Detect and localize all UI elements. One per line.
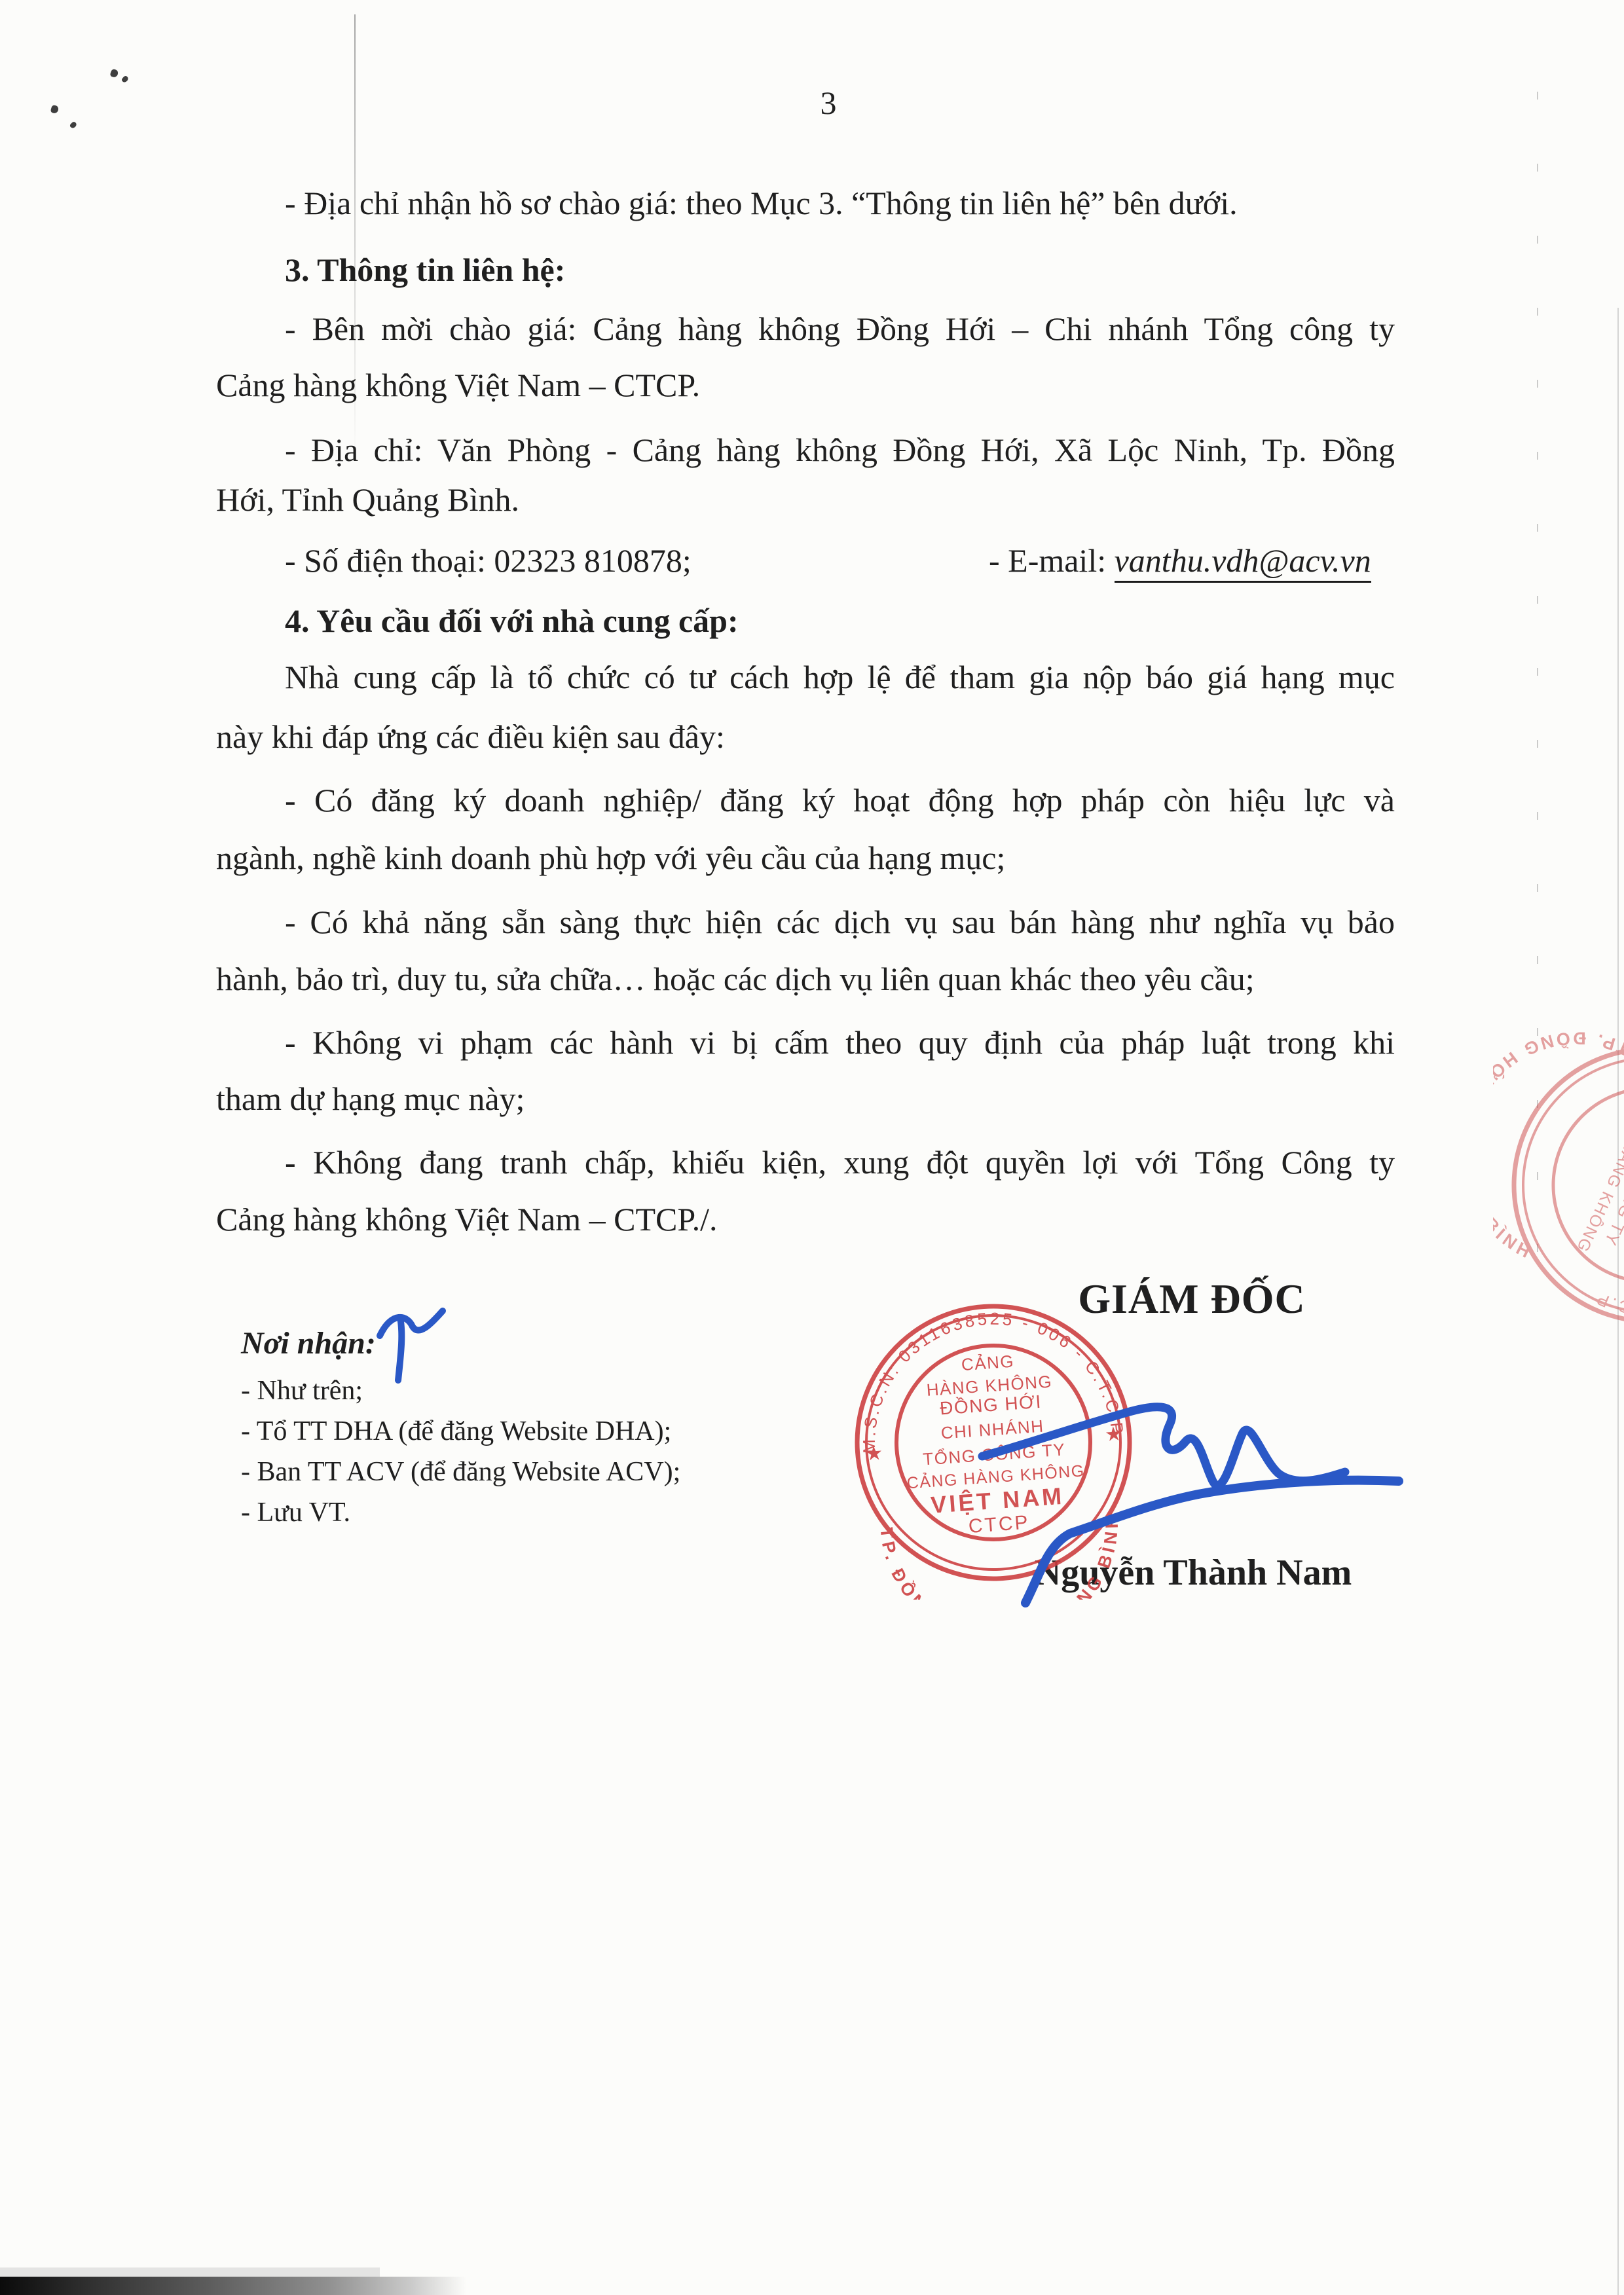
- scan-smear: [0, 2267, 380, 2277]
- body-line: ngành, nghề kinh doanh phù hợp với yêu c…: [216, 835, 1395, 881]
- body-line: - Bên mời chào giá: Cảng hàng không Đồng…: [216, 306, 1395, 352]
- contact-row: - Số điện thoại: 02323 810878; - E-mail:…: [216, 538, 1395, 583]
- body-line: Nhà cung cấp là tổ chức có tư cách hợp l…: [216, 654, 1395, 700]
- scan-dashed-line: [1537, 92, 1538, 1303]
- scan-speck: [69, 121, 78, 130]
- recipient-item: - Tổ TT DHA (để đăng Website DHA);: [241, 1413, 671, 1450]
- svg-text:TP. ĐỒNG HỚI - T. QUẢNG BÌNH: TP. ĐỒNG HỚI - T. QUẢNG BÌNH: [1493, 1028, 1624, 1264]
- scan-speck: [121, 75, 130, 84]
- partial-seal-arc-bottom: TP. ĐỒNG HỚI - T. QUẢNG BÌNH: [1493, 1028, 1624, 1264]
- partial-seal-right-edge: M.S.C.N: 0311638525 - 006 - C.T.C.P TP. …: [1493, 1028, 1624, 1342]
- body-line: - Không vi phạm các hành vi bị cấm theo …: [216, 1019, 1395, 1065]
- seal-line: CẢNG: [961, 1351, 1015, 1375]
- svg-text:M.S.C.N: 0311638525 - 006 - C.: M.S.C.N: 0311638525 - 006 - C.T.C.P: [1591, 1062, 1624, 1342]
- body-line: - Không đang tranh chấp, khiếu kiện, xun…: [216, 1139, 1395, 1185]
- signer-title: GIÁM ĐỐC: [1022, 1278, 1362, 1320]
- seal-inner-ring: [890, 1339, 1097, 1546]
- partial-seal-line: TỔNG CÔNG TY: [1600, 1111, 1624, 1249]
- page-number: 3: [805, 84, 851, 122]
- partial-seal-arc-top: M.S.C.N: 0311638525 - 006 - C.T.C.P: [1591, 1062, 1624, 1342]
- body-line: - Địa chỉ nhận hồ sơ chào giá: theo Mục …: [216, 180, 1464, 226]
- body-line: tham dự hạng mục này;: [216, 1076, 1395, 1122]
- recipients-heading: Nơi nhận:: [241, 1328, 376, 1359]
- body-line: Cảng hàng không Việt Nam – CTCP.: [216, 362, 1395, 408]
- seal-line: CHI NHÁNH: [940, 1416, 1045, 1443]
- recipient-item: - Ban TT ACV (để đăng Website ACV);: [241, 1454, 680, 1490]
- body-line: - Địa chỉ: Văn Phòng - Cảng hàng không Đ…: [216, 427, 1395, 473]
- seal-star-left: ★: [864, 1442, 883, 1465]
- body-line: Cảng hàng không Việt Nam – CTCP./.: [216, 1196, 1395, 1242]
- svg-text:M.S.C.N: 0311638525 - 006 - C.: M.S.C.N: 0311638525 - 006 - C.T.C.P: [850, 1300, 1128, 1455]
- seal-line: HÀNG KHÔNG: [926, 1372, 1053, 1400]
- signer-name: Nguyễn Thành Nam: [956, 1553, 1430, 1594]
- seal-line: CTCP: [968, 1511, 1031, 1537]
- scan-shadow-bar: [0, 2277, 466, 2295]
- body-line: này khi đáp ứng các điều kiện sau đây:: [216, 714, 1395, 760]
- partial-seal-line: CẢNG HÀNG KHÔNG: [1573, 1086, 1624, 1256]
- section-heading-3: 3. Thông tin liên hệ:: [216, 247, 1464, 293]
- seal-second-ring: [858, 1307, 1129, 1578]
- scan-speck: [50, 105, 60, 114]
- seal-line: TỔNG CÔNG TY: [922, 1439, 1066, 1469]
- phone-number: - Số điện thoại: 02323 810878;: [285, 538, 692, 583]
- body-line: hành, bảo trì, duy tu, sửa chữa… hoặc cá…: [216, 956, 1395, 1002]
- scanned-document-page: 3 - Địa chỉ nhận hồ sơ chào giá: theo Mụ…: [0, 0, 1624, 2295]
- section-heading-4: 4. Yêu cầu đối với nhà cung cấp:: [216, 598, 1464, 644]
- signature-stroke-main: [982, 1407, 1345, 1486]
- page-edge-line: [1617, 308, 1619, 2295]
- scan-speck: [109, 68, 119, 78]
- body-line: - Có khả năng sẵn sàng thực hiện các dịc…: [216, 899, 1395, 945]
- seal-outer-ring: [848, 1297, 1139, 1588]
- seal-line: ĐỒNG HỚI: [939, 1391, 1043, 1419]
- email-address: vanthu.vdh@acv.vn: [1115, 542, 1371, 583]
- handwritten-initial-tick: [380, 1311, 443, 1380]
- email-entry: - E-mail: vanthu.vdh@acv.vn: [989, 538, 1371, 583]
- recipient-item: - Lưu VT.: [241, 1494, 350, 1531]
- seal-line-viet-nam: VIỆT NAM: [930, 1482, 1065, 1518]
- seal-star-right: ★: [1104, 1423, 1123, 1446]
- email-label: - E-mail:: [989, 542, 1115, 579]
- recipient-item: - Như trên;: [241, 1372, 363, 1409]
- body-line: Hới, Tỉnh Quảng Bình.: [216, 477, 1395, 523]
- seal-arc-top-text: M.S.C.N: 0311638525 - 006 - C.T.C.P: [850, 1300, 1128, 1455]
- body-line: - Có đăng ký doanh nghiệp/ đăng ký hoạt …: [216, 777, 1395, 823]
- seal-line: CẢNG HÀNG KHÔNG: [906, 1460, 1086, 1492]
